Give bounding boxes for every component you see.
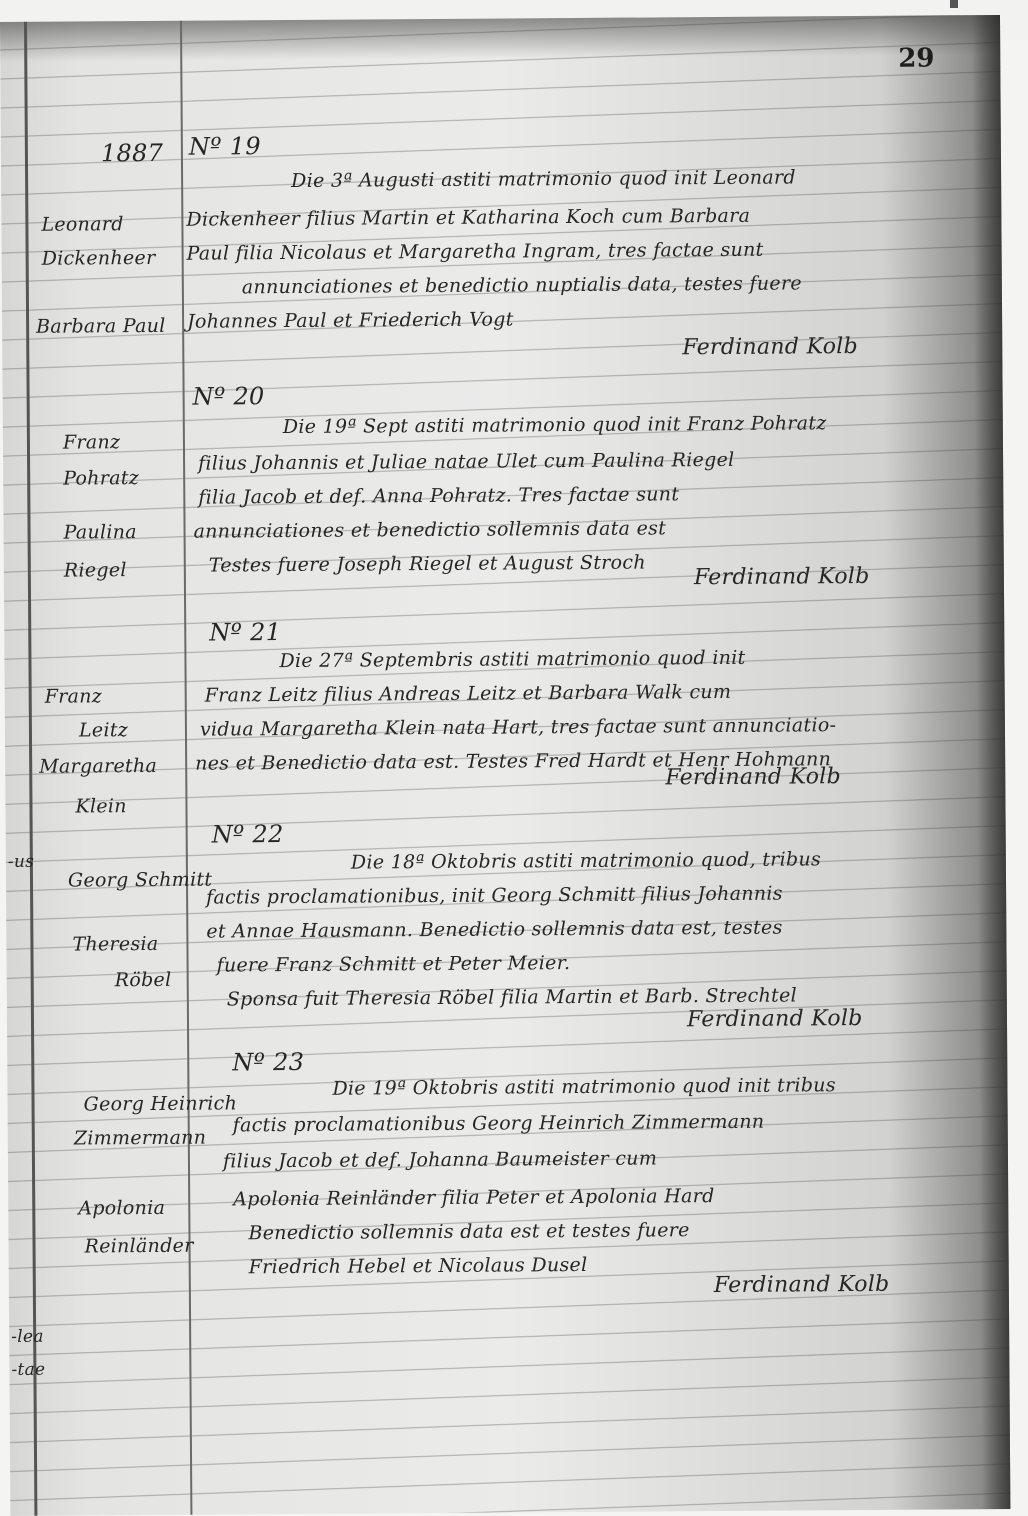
priest-signature: Ferdinand Kolb bbox=[694, 564, 870, 590]
entry-number: Nº 20 bbox=[193, 382, 265, 411]
entry-line: Paul filia Nicolaus et Margaretha Ingram… bbox=[187, 239, 764, 265]
margin-name: Leitz bbox=[79, 719, 128, 741]
entry-line: vidua Margaretha Klein nata Hart, tres f… bbox=[200, 714, 836, 740]
margin-name: Franz bbox=[45, 685, 102, 707]
entry-line: Die 19ª Sept astiti matrimonio quod init… bbox=[283, 412, 827, 438]
entry-number: Nº 23 bbox=[232, 1048, 304, 1077]
margin-name: Barbara Paul bbox=[36, 315, 166, 338]
entry-line: Die 27ª Septembris astiti matrimonio quo… bbox=[279, 647, 745, 672]
page-shadow-right bbox=[972, 15, 1010, 1509]
entry-line: filius Johannis et Juliae natae Ulet cum… bbox=[198, 449, 735, 475]
priest-signature: Ferdinand Kolb bbox=[682, 334, 858, 360]
margin-name: Margaretha bbox=[39, 755, 157, 778]
margin-name: Apolonia bbox=[78, 1197, 165, 1220]
entry-number: Nº 22 bbox=[212, 820, 284, 849]
priest-signature: Ferdinand Kolb bbox=[714, 1272, 890, 1298]
entry-line: Friedrich Hebel et Nicolaus Dusel bbox=[249, 1254, 588, 1278]
entry-line: Benedictio sollemnis data est et testes … bbox=[248, 1219, 689, 1244]
left-edge-fragment: -lea bbox=[11, 1327, 44, 1347]
entry-line: et Annae Hausmann. Benedictio sollemnis … bbox=[206, 917, 782, 943]
margin-name: Georg Schmitt bbox=[68, 869, 212, 892]
margin-name: Georg Heinrich bbox=[83, 1092, 237, 1115]
scan-corner-mark bbox=[950, 0, 958, 8]
entry-line: annunciationes et benedictio nuptialis d… bbox=[242, 272, 802, 298]
entry-line: factis proclamationibus Georg Heinrich Z… bbox=[233, 1111, 765, 1137]
entry-line: factis proclamationibus, init Georg Schm… bbox=[206, 883, 783, 909]
margin-name: Riegel bbox=[64, 559, 127, 581]
entry-line: Franz Leitz filius Andreas Leitz et Barb… bbox=[205, 681, 732, 707]
entry-line: Die 19ª Oktobris astiti matrimonio quod … bbox=[332, 1074, 836, 1100]
margin-name: Klein bbox=[75, 795, 126, 817]
entry-number: Nº 21 bbox=[209, 618, 281, 647]
register-page: 29 -us -lea -tae 1887 Nº 19 Die 3ª Augus… bbox=[0, 15, 1010, 1516]
margin-name: Franz bbox=[63, 431, 120, 453]
margin-name: Leonard bbox=[41, 213, 123, 236]
left-edge-fragment: -tae bbox=[11, 1360, 45, 1380]
page-shadow-top bbox=[0, 15, 1000, 62]
entry-line: Johannes Paul et Friederich Vogt bbox=[187, 308, 514, 332]
entry-line: annunciationes et benedictio sollemnis d… bbox=[193, 517, 666, 542]
entry-line: Dickenheer filius Martin et Katharina Ko… bbox=[186, 205, 750, 231]
entry-line: filius Jacob et def. Johanna Baumeister … bbox=[223, 1147, 657, 1172]
margin-name: Dickenheer bbox=[42, 247, 156, 270]
margin-name: Reinländer bbox=[84, 1235, 193, 1258]
entry-line: Die 3ª Augusti astiti matrimonio quod in… bbox=[291, 166, 796, 192]
margin-name: Zimmermann bbox=[74, 1127, 207, 1150]
entry-line: filia Jacob et def. Anna Pohratz. Tres f… bbox=[198, 483, 679, 508]
left-edge-fragment: -us bbox=[8, 852, 34, 872]
margin-name: Pohratz bbox=[63, 467, 139, 490]
page-number: 29 bbox=[898, 43, 934, 73]
margin-name: Theresia bbox=[72, 933, 158, 956]
entry-line: Testes fuere Joseph Riegel et August Str… bbox=[209, 552, 646, 577]
priest-signature: Ferdinand Kolb bbox=[665, 764, 841, 790]
entry-line: Apolonia Reinländer filia Peter et Apolo… bbox=[233, 1185, 714, 1210]
margin-name: Paulina bbox=[63, 521, 136, 544]
entry-line: Die 18ª Oktobris astiti matrimonio quod,… bbox=[351, 848, 821, 873]
priest-signature: Ferdinand Kolb bbox=[687, 1006, 863, 1032]
entry-year: 1887 bbox=[101, 139, 163, 167]
margin-name: Röbel bbox=[115, 969, 172, 991]
left-margin-rule bbox=[24, 22, 37, 1516]
entry-number: Nº 19 bbox=[189, 132, 261, 161]
entry-line: fuere Franz Schmitt et Peter Meier. bbox=[217, 952, 571, 976]
